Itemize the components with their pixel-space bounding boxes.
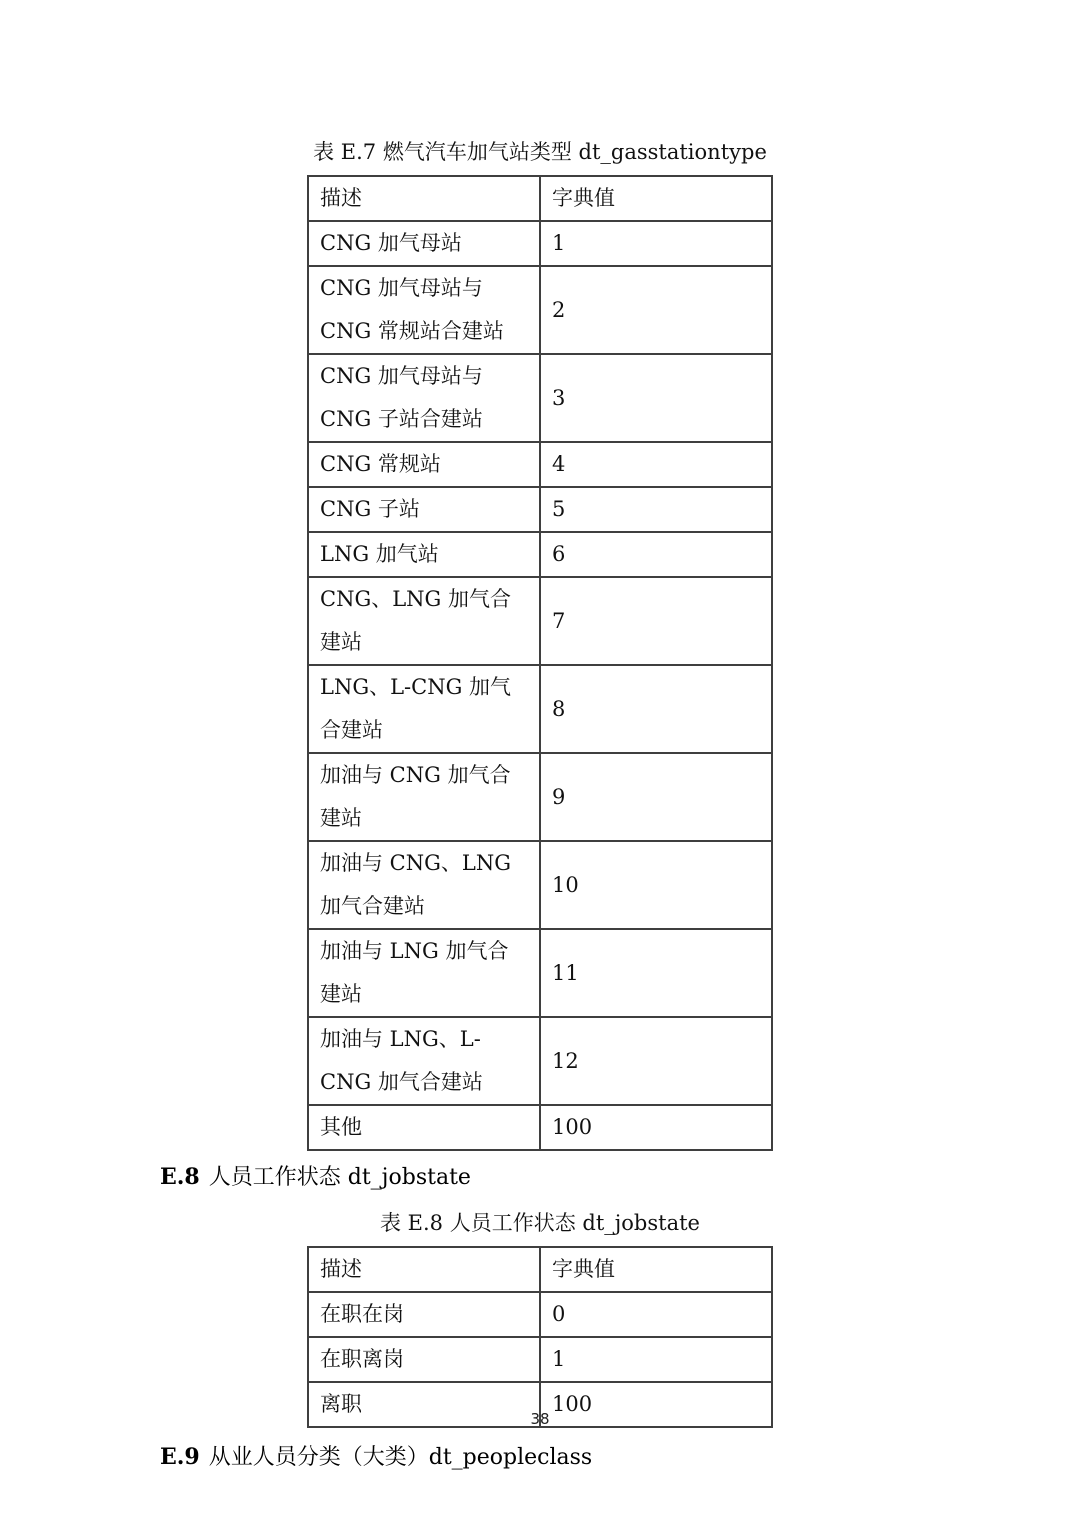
cell-value: 7 [540, 577, 772, 665]
cell-value: 9 [540, 753, 772, 841]
cell-value: 10 [540, 841, 772, 929]
cell-value: 100 [540, 1105, 772, 1150]
cell-desc: CNG 常规站 [308, 442, 540, 487]
section-e8-number: E.8 [160, 1164, 200, 1190]
section-e9-heading: E.9从业人员分类（大类）dt_peopleclass [160, 1444, 1080, 1471]
table-row: CNG 常规站 4 [308, 442, 772, 487]
table-row: CNG 加气母站与 CNG 子站合建站 3 [308, 354, 772, 442]
cell-desc: CNG 加气母站 [308, 221, 540, 266]
cell-desc: CNG 子站 [308, 487, 540, 532]
document-page: 表 E.7 燃气汽车加气站类型 dt_gasstationtype 描述 字典值… [0, 0, 1080, 1527]
cell-desc: 在职在岗 [308, 1292, 540, 1337]
cell-value: 12 [540, 1017, 772, 1105]
section-e8-heading: E.8人员工作状态 dt_jobstate [160, 1164, 1080, 1191]
table-e8-caption: 表 E.8 人员工作状态 dt_jobstate [0, 1211, 1080, 1235]
table-row: CNG 加气母站与 CNG 常规站合建站 2 [308, 266, 772, 354]
table-row: 加油与 LNG 加气合建站 11 [308, 929, 772, 1017]
cell-desc: LNG 加气站 [308, 532, 540, 577]
cell-value: 11 [540, 929, 772, 1017]
table-row: 加油与 CNG、LNG 加气合建站 10 [308, 841, 772, 929]
cell-value: 6 [540, 532, 772, 577]
cell-desc: 加油与 LNG、L-CNG 加气合建站 [308, 1017, 540, 1105]
table-header-row: 描述 字典值 [308, 1247, 772, 1292]
section-e8-title: 人员工作状态 dt_jobstate [209, 1165, 471, 1190]
table-header-row: 描述 字典值 [308, 176, 772, 221]
cell-value: 1 [540, 221, 772, 266]
cell-value: 5 [540, 487, 772, 532]
cell-value: 0 [540, 1292, 772, 1337]
cell-desc: 加油与 CNG、LNG 加气合建站 [308, 841, 540, 929]
table-row: CNG、LNG 加气合建站 7 [308, 577, 772, 665]
cell-value: 2 [540, 266, 772, 354]
section-e9-number: E.9 [160, 1444, 200, 1470]
cell-desc: LNG、L-CNG 加气合建站 [308, 665, 540, 753]
page-number: 38 [0, 1410, 1080, 1428]
table-row: CNG 子站 5 [308, 487, 772, 532]
cell-desc: 加油与 CNG 加气合建站 [308, 753, 540, 841]
header-cell-value: 字典值 [540, 176, 772, 221]
table-row: LNG、L-CNG 加气合建站 8 [308, 665, 772, 753]
table-row: 加油与 CNG 加气合建站 9 [308, 753, 772, 841]
table-row: LNG 加气站 6 [308, 532, 772, 577]
header-cell-desc: 描述 [308, 176, 540, 221]
cell-value: 1 [540, 1337, 772, 1382]
cell-value: 3 [540, 354, 772, 442]
cell-value: 8 [540, 665, 772, 753]
table-row: 在职离岗 1 [308, 1337, 772, 1382]
table-row: 其他 100 [308, 1105, 772, 1150]
cell-desc: 加油与 LNG 加气合建站 [308, 929, 540, 1017]
header-cell-desc: 描述 [308, 1247, 540, 1292]
cell-desc: CNG、LNG 加气合建站 [308, 577, 540, 665]
header-cell-value: 字典值 [540, 1247, 772, 1292]
table-row: CNG 加气母站 1 [308, 221, 772, 266]
table-e7: 描述 字典值 CNG 加气母站 1 CNG 加气母站与 CNG 常规站合建站 2… [307, 175, 773, 1151]
table-row: 加油与 LNG、L-CNG 加气合建站 12 [308, 1017, 772, 1105]
cell-desc: CNG 加气母站与 CNG 常规站合建站 [308, 266, 540, 354]
section-e9-title: 从业人员分类（大类）dt_peopleclass [209, 1445, 592, 1470]
table-e7-caption: 表 E.7 燃气汽车加气站类型 dt_gasstationtype [0, 0, 1080, 164]
cell-value: 4 [540, 442, 772, 487]
table-row: 在职在岗 0 [308, 1292, 772, 1337]
cell-desc: 其他 [308, 1105, 540, 1150]
cell-desc: 在职离岗 [308, 1337, 540, 1382]
cell-desc: CNG 加气母站与 CNG 子站合建站 [308, 354, 540, 442]
table-e8: 描述 字典值 在职在岗 0 在职离岗 1 离职 100 [307, 1246, 773, 1428]
